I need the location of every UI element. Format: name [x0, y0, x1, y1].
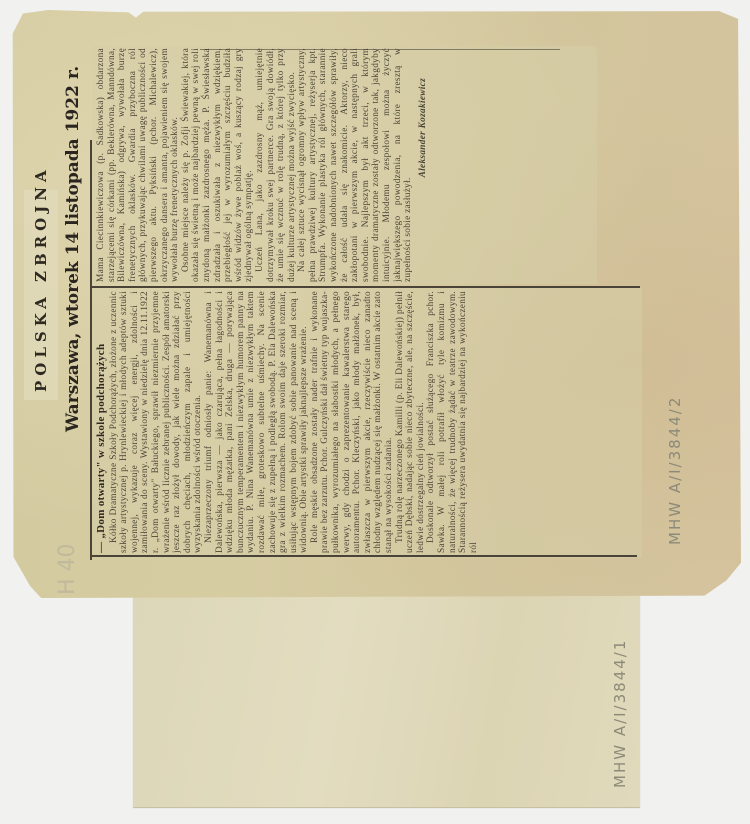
upper-para-4: Na całej sztuce wycisnął ogromny wpływ a…	[297, 48, 414, 282]
lower-para-4: Trudną rolę narzeczonego Kamilli (p. Eli…	[395, 291, 427, 553]
rule-bottom	[92, 555, 637, 557]
article-lower-text: — „Dom otwarty" w szkole podchorążych Kó…	[96, 291, 636, 553]
newspaper-title: POLSKA ZBROJNA	[32, 165, 50, 392]
upper-para-3: Uczeń Lana, jako zazdrosny mąż, umiejętn…	[255, 48, 297, 282]
lower-para-5: Doskonale odtworzył postać służącego Fra…	[426, 291, 479, 553]
catalog-number-slip: MHW A/I/3844/1	[611, 639, 629, 788]
rule-masthead-left	[90, 140, 92, 560]
lower-paper-slip: MHW A/I/3844/1	[133, 596, 640, 808]
catalog-number-sheet: MHW A/I/3844/2	[666, 396, 684, 545]
article-signature: Aleksander Kozakiewicz	[418, 48, 429, 282]
upper-para-1: Mama Ciecinnkiewiczowa (p. Sadkowska) ob…	[96, 48, 181, 282]
upper-para-2: Osobne miejsce należy się p. Zofji Świew…	[181, 48, 255, 282]
article-upper-text: Mama Ciecinnkiewiczowa (p. Sadkowska) ob…	[96, 48, 596, 282]
faint-pencil-mark: H 40	[55, 543, 80, 595]
lower-para-2: Niezaprzeczony triumf odniosły panie: Wa…	[204, 291, 310, 553]
rule-column-split	[92, 286, 640, 288]
lower-para-3: Role męskie obsadzone zostały nader traf…	[310, 291, 395, 553]
dateline: Warszawa, wtorek 14 listopada 1922 r.	[63, 66, 83, 432]
article-headline: — „Dom otwarty" w szkole podchorążych	[96, 291, 107, 553]
lower-para-1: Kółko Dramatyczne Szkoły Podchorążych, z…	[109, 291, 204, 553]
